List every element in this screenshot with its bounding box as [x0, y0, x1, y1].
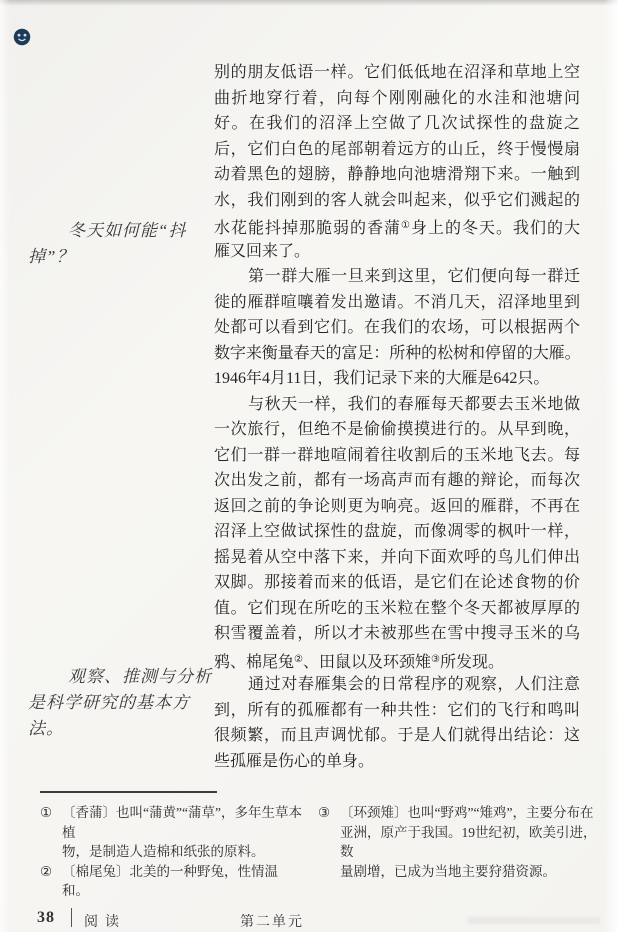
- footer-unit-label: 第二单元: [240, 911, 304, 931]
- footnote-text: 〔环颈雉〕也叫“野鸡”“雉鸡”，主要分布在: [340, 803, 602, 823]
- footnote-marker: ②: [40, 862, 62, 901]
- margin-note-science-method: 观察、推测与分析 是科学研究的基本方法。: [28, 664, 218, 742]
- text-line: 值。它们现在所吃的玉米粒在整个冬天都被厚厚的: [214, 596, 580, 622]
- text-line: 曲折地穿行着，向每个刚刚融化的水洼和池塘问: [214, 86, 580, 112]
- footnote-marker: ③: [318, 803, 340, 823]
- text-line: 摇晃着从空中落下来，并向下面欢呼的鸟儿们伸出: [214, 545, 580, 571]
- text-line: 处都可以看到它们。在我们的农场，可以根据两个: [214, 315, 580, 341]
- footnote-text: 〔棉尾兔〕北美的一种野兔，性情温和。: [62, 862, 304, 901]
- text-line: 后，它们白色的尾部朝着远方的山丘，终于慢慢扇: [214, 137, 580, 163]
- scan-watermark-smudge: [468, 917, 600, 924]
- text-line: 双脚。那接着而来的低语，是它们在论述食物的价: [214, 570, 580, 596]
- text-line: 数字来衡量春天的富足：所种的松树和停留的大雁。: [214, 341, 580, 367]
- footnotes: ① 〔香蒲〕也叫“蒲黄”“蒲草”，多年生草本植 物，是制造人造棉和纸张的原料。 …: [40, 803, 602, 901]
- footnote-text: 量剧增，已成为当地主要狩猎资源。: [318, 862, 602, 882]
- footnote-item: ② 〔棉尾兔〕北美的一种野兔，性情温和。: [40, 862, 304, 901]
- page-number: 38: [37, 909, 55, 927]
- text-line: 徙的雁群喧嚷着发出邀请。不消几天，沼泽地里到: [214, 290, 580, 316]
- text-line: 积雪覆盖着，所以才未被那些在雪中搜寻玉米的乌: [214, 621, 580, 647]
- text-line: 水花能抖掉那脆弱的香蒲①身上的冬天。我们的大: [214, 213, 580, 239]
- margin-note-line: 是科学研究的基本方法。: [28, 690, 218, 742]
- paragraph-2: 第一群大雁一旦来到这里，它们便向每一群迁 徙的雁群喧嚷着发出邀请。不消几天，沼泽…: [214, 264, 580, 392]
- main-text-column: 别的朋友低语一样。它们低低地在沼泽和草地上空 曲折地穿行着，向每个刚刚融化的水洼…: [214, 60, 580, 774]
- footnote-marker: ①: [40, 803, 62, 842]
- footnote-item: ③ 〔环颈雉〕也叫“野鸡”“雉鸡”，主要分布在: [318, 803, 602, 823]
- margin-note-line: 冬天如何能“抖: [28, 218, 214, 244]
- footnote-column-left: ① 〔香蒲〕也叫“蒲黄”“蒲草”，多年生草本植 物，是制造人造棉和纸张的原料。 …: [40, 803, 304, 901]
- margin-note-line: 观察、推测与分析: [28, 664, 218, 690]
- footnote-divider: [40, 791, 217, 793]
- text-line: 到，所有的孤雁都有一种共性：它们的飞行和鸣叫: [214, 698, 580, 724]
- paragraph-1: 别的朋友低语一样。它们低低地在沼泽和草地上空 曲折地穿行着，向每个刚刚融化的水洼…: [214, 60, 580, 264]
- paragraph-3: 与秋天一样，我们的春雁每天都要去玉米地做 一次旅行，但绝不是偷偷摸摸进行的。从早…: [214, 392, 580, 673]
- footnote-text: 亚洲，原产于我国。19世纪初，欧美引进，数: [318, 823, 602, 862]
- paragraph-4: 通过对春雁集会的日常程序的观察，人们注意 到，所有的孤雁都有一种共性：它们的飞行…: [214, 672, 580, 774]
- text-line: 水，我们刚到的客人就会叫起来，似乎它们溅起的: [214, 188, 580, 214]
- footer-divider: [71, 908, 72, 927]
- text-line: 返回之前的争论则更为响亮。返回的雁群，不再在: [214, 494, 580, 520]
- text-line: 第一群大雁一旦来到这里，它们便向每一群迁: [214, 264, 580, 290]
- scan-edge-right: [604, 0, 618, 932]
- text-line: 雁又回来了。: [214, 239, 580, 265]
- footer-section-label: 阅读: [84, 911, 126, 931]
- text-line: 鸦、棉尾兔②、田鼠以及环颈雉③所发现。: [214, 647, 580, 673]
- footnote-text: 〔香蒲〕也叫“蒲黄”“蒲草”，多年生草本植: [62, 803, 304, 842]
- scan-edge-left: [0, 0, 10, 932]
- text-line: 它们一群一群地喧闹着往收割后的玉米地飞去。每: [214, 443, 580, 469]
- text-line: 沼泽上空做试探性的盘旋，而像凋零的枫叶一样，: [214, 519, 580, 545]
- margin-note-winter-question: 冬天如何能“抖 掉”？: [28, 218, 214, 270]
- textbook-page: 冬天如何能“抖 掉”？ 观察、推测与分析 是科学研究的基本方法。 别的朋友低语一…: [0, 0, 618, 932]
- text-line: 1946年4月11日，我们记录下来的大雁是642只。: [214, 366, 580, 392]
- text-line: 些孤雁是伤心的单身。: [214, 749, 580, 775]
- text-line: 通过对春雁集会的日常程序的观察，人们注意: [214, 672, 580, 698]
- text-line: 很频繁，而且声调忧郁。于是人们就得出结论：这: [214, 723, 580, 749]
- smiley-watermark-icon: [13, 28, 31, 46]
- margin-note-line: 掉”？: [28, 244, 214, 270]
- scan-edge-top: [0, 0, 618, 6]
- text-line: 与秋天一样，我们的春雁每天都要去玉米地做: [214, 392, 580, 418]
- footnote-item: ① 〔香蒲〕也叫“蒲黄”“蒲草”，多年生草本植: [40, 803, 304, 842]
- text-line: 别的朋友低语一样。它们低低地在沼泽和草地上空: [214, 60, 580, 86]
- footnote-column-right: ③ 〔环颈雉〕也叫“野鸡”“雉鸡”，主要分布在 亚洲，原产于我国。19世纪初，欧…: [318, 803, 602, 901]
- text-line: 一次旅行，但绝不是偷偷摸摸进行的。从早到晚，: [214, 417, 580, 443]
- text-line: 次出发之前，都有一场高声而有趣的辩论，而每次: [214, 468, 580, 494]
- footnote-text: 物，是制造人造棉和纸张的原料。: [40, 842, 304, 862]
- text-line: 好。在我们的沼泽上空做了几次试探性的盘旋之: [214, 111, 580, 137]
- text-line: 动着黑色的翅膀，静静地向池塘滑翔下来。一触到: [214, 162, 580, 188]
